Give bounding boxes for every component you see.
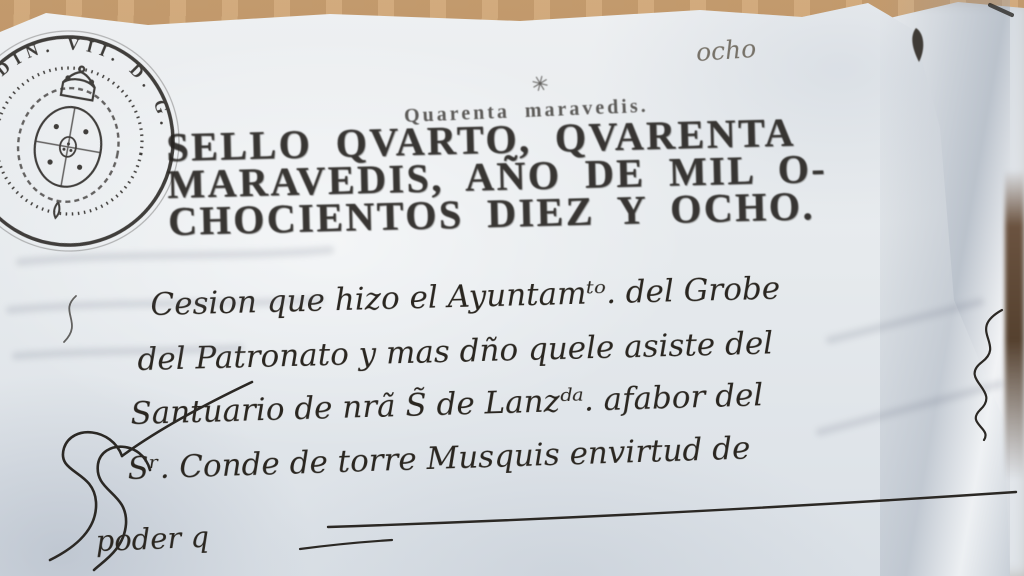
crown-icon: [61, 64, 98, 101]
coat-of-arms: [23, 61, 115, 224]
stamp-title-block: SELLO QVARTO, QVARENTA MARAVEDIS, AÑO DE…: [166, 113, 829, 240]
golden-fleece-pendant: [53, 202, 61, 219]
page-edge-shadow: [1005, 170, 1024, 480]
manuscript-line-5: poder q: [95, 520, 210, 558]
pencil-margin-note: ocho: [695, 34, 757, 67]
document-photo: FERDIN. VII. D. G. ✳ Quarenta maravedis.…: [0, 0, 1024, 576]
